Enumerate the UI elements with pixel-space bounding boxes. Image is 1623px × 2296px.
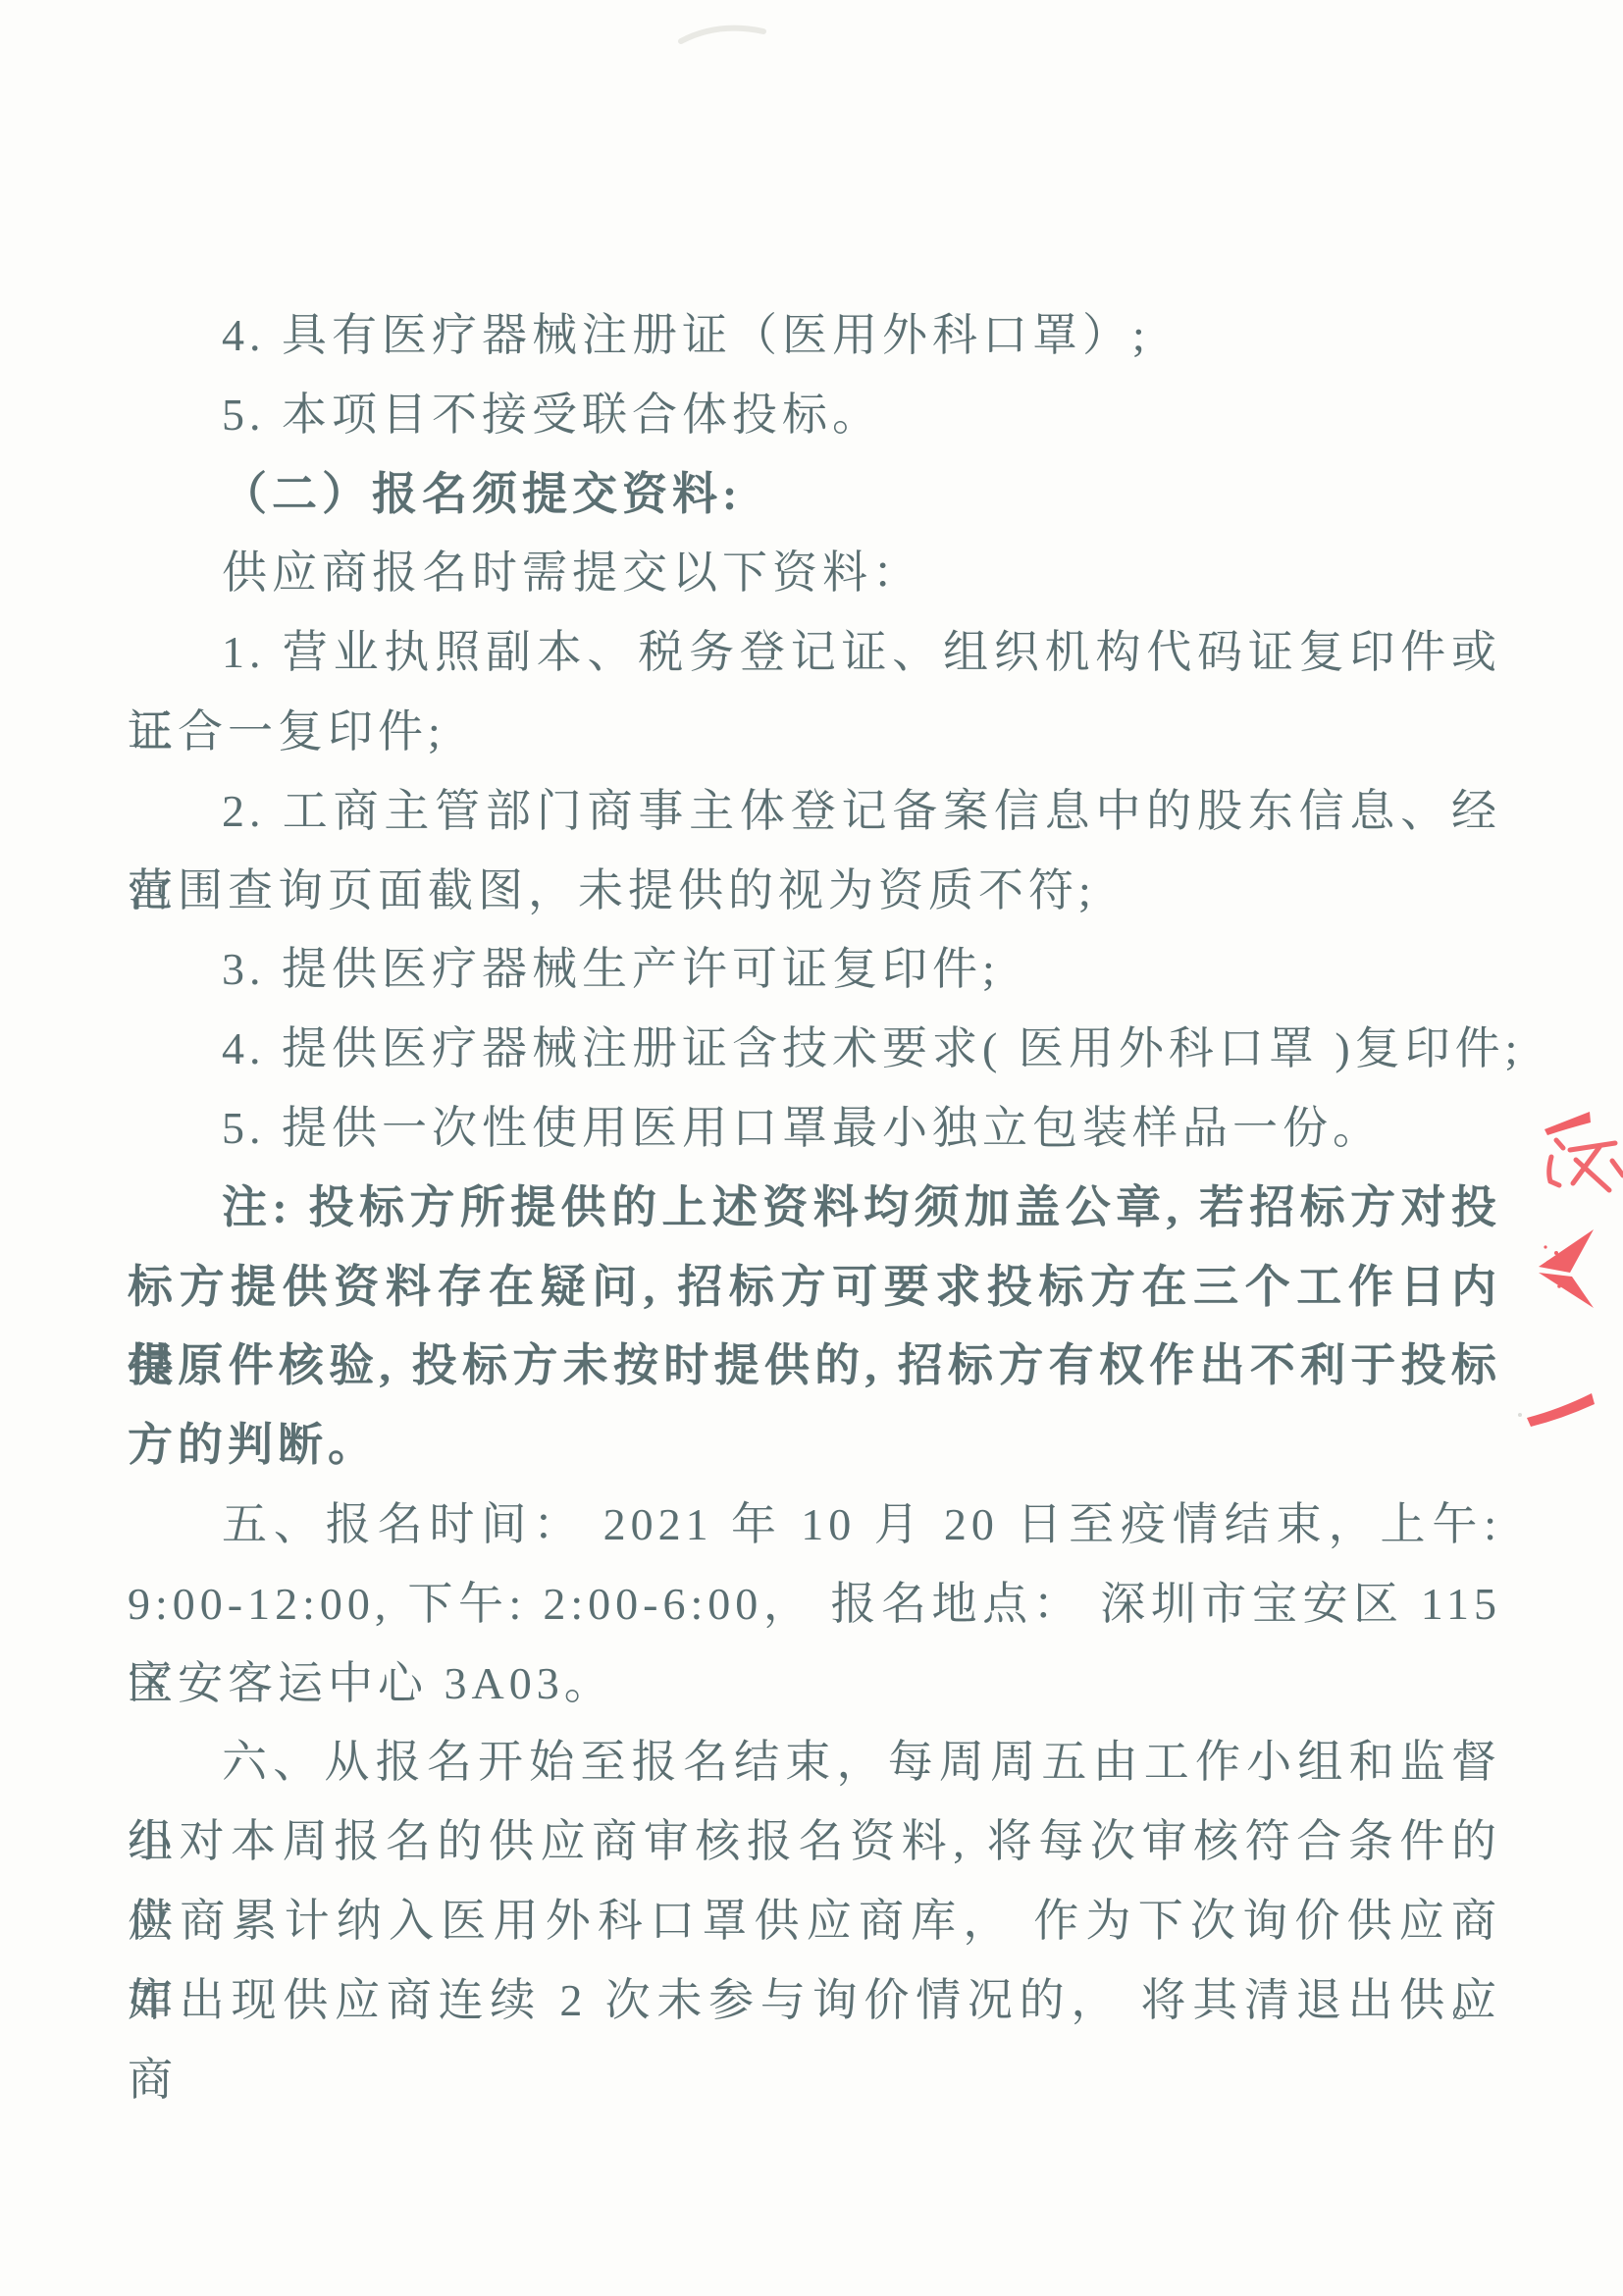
seal-chevron bbox=[1539, 1273, 1594, 1308]
scan-speck bbox=[1518, 1413, 1522, 1417]
note-line: 标方提供资料存在疑问, 招标方可要求投标方在三个工作日内提 bbox=[128, 1248, 1501, 1328]
doc-line: 2. 工商主管部门商事主体登记备案信息中的股东信息、经营 bbox=[128, 772, 1501, 852]
doc-line: 组对本周报名的供应商审核报名资料, 将每次审核符合条件的供 bbox=[128, 1802, 1501, 1882]
note-line: 注: 投标方所提供的上述资料均须加盖公章, 若招标方对投 bbox=[128, 1169, 1501, 1248]
doc-line: 4. 具有医疗器械注册证（医用外科口罩）; bbox=[128, 296, 1501, 376]
doc-line: 六、从报名开始至报名结束，每周周五由工作小组和监督小 bbox=[128, 1723, 1501, 1802]
section-heading: （二）报名须提交资料: bbox=[128, 455, 1501, 535]
doc-line: 五、报名时间： 2021 年 10 月 20 日至疫情结束，上午: bbox=[128, 1486, 1501, 1565]
partial-red-seal bbox=[1513, 1084, 1623, 1437]
doc-line: 宝安客运中心 3A03。 bbox=[128, 1644, 1501, 1724]
doc-line: 应商累计纳入医用外科口罩供应商库， 作为下次询价供应商库。 bbox=[128, 1882, 1501, 1961]
doc-line: 1. 营业执照副本、税务登记证、组织机构代码证复印件或三 bbox=[128, 613, 1501, 693]
doc-line: 供应商报名时需提交以下资料： bbox=[128, 534, 1501, 613]
seal-chevron bbox=[1539, 1229, 1594, 1273]
seal-character-fragment bbox=[1549, 1140, 1623, 1190]
note-line: 供原件核验, 投标方未按时提供的, 招标方有权作出不利于投标 bbox=[128, 1327, 1501, 1406]
scan-speck bbox=[1423, 1199, 1428, 1202]
seal-bottom-arc bbox=[1527, 1393, 1595, 1427]
doc-line: 范围查询页面截图，未提供的视为资质不符; bbox=[128, 852, 1501, 931]
doc-line: 证合一复印件; bbox=[128, 693, 1501, 772]
doc-line: 5. 提供一次性使用医用口罩最小独立包装样品一份。 bbox=[128, 1089, 1501, 1169]
doc-line: 9:00-12:00, 下午: 2:00-6:00， 报名地点： 深圳市宝安区 … bbox=[128, 1565, 1501, 1644]
document-text-block: 4. 具有医疗器械注册证（医用外科口罩）; 5. 本项目不接受联合体投标。 （二… bbox=[128, 296, 1501, 2041]
doc-line: 如出现供应商连续 2 次未参与询价情况的， 将其清退出供应商 bbox=[128, 1961, 1501, 2041]
doc-line: 5. 本项目不接受联合体投标。 bbox=[128, 376, 1501, 455]
seal-top-arc bbox=[1544, 1112, 1591, 1135]
note-line: 方的判断。 bbox=[128, 1406, 1501, 1486]
doc-line: 3. 提供医疗器械生产许可证复印件; bbox=[128, 930, 1501, 1010]
doc-line: 4. 提供医疗器械注册证含技术要求( 医用外科口罩 )复印件; bbox=[128, 1010, 1501, 1089]
scanned-document-page: { "page": { "kind": "scanned tender / bi… bbox=[0, 0, 1623, 2296]
scan-smudge-artifact bbox=[677, 14, 767, 49]
